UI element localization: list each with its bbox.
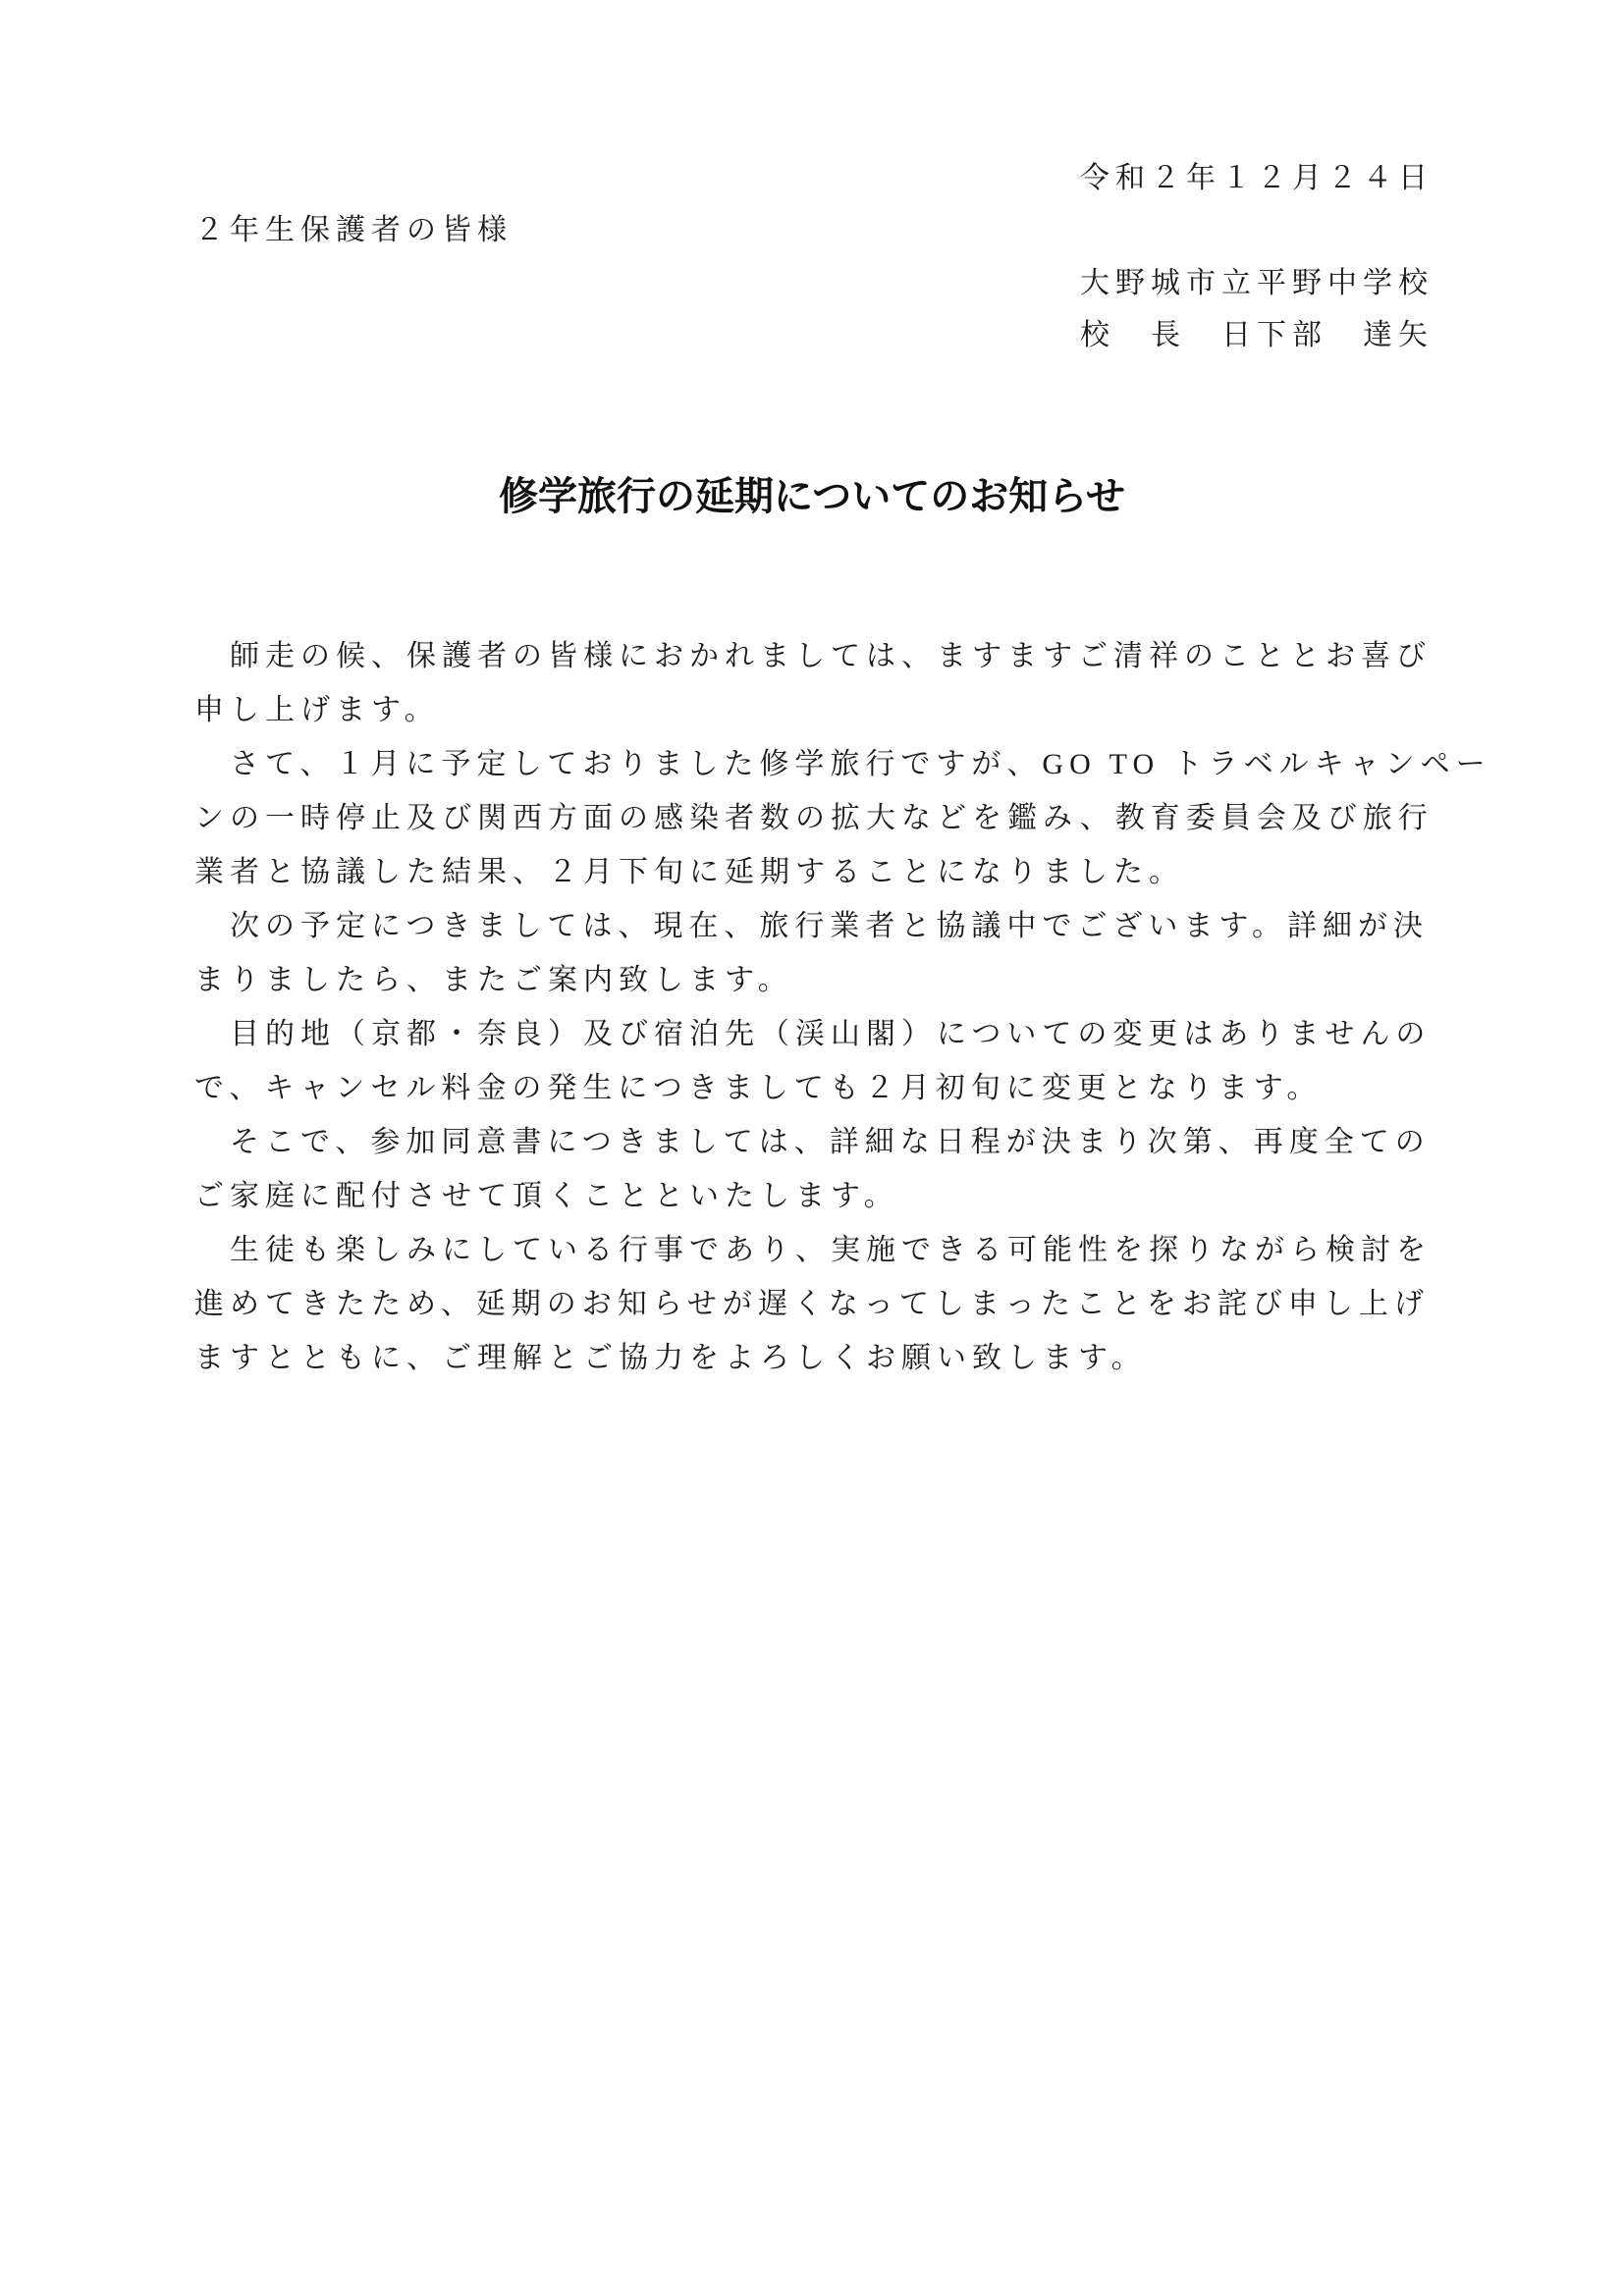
recipient-line: ２年生保護者の皆様: [194, 216, 513, 245]
body-line: そこで、参加同意書につきましては、詳細な日程が決まり次第、再度全ての: [194, 1115, 1471, 1169]
letter-page: 令和２年１２月２４日 ２年生保護者の皆様 大野城市立平野中学校 校 長 日下部 …: [0, 0, 1624, 2296]
body-line: 目的地（京都・奈良）及び宿泊先（渓山閣）についての変更はありませんの: [194, 1007, 1471, 1061]
body-line: 生徒も楽しみにしている行事であり、実施できる可能性を探りながら検討を: [194, 1223, 1471, 1277]
body-line: ご家庭に配付させて頂くことといたします。: [194, 1169, 1471, 1223]
body-line: 師走の候、保護者の皆様におかれましては、ますますご清祥のこととお喜び: [194, 629, 1471, 683]
body-line: で、キャンセル料金の発生につきましても２月初旬に変更となります。: [194, 1061, 1471, 1115]
sender-principal: 校 長 日下部 達矢: [1080, 321, 1434, 350]
body-line: まりましたら、またご案内致します。: [194, 953, 1471, 1007]
body-line: 次の予定につきましては、現在、旅行業者と協議中でございます。詳細が決: [194, 899, 1471, 953]
body-line: ますとともに、ご理解とご協力をよろしくお願い致します。: [194, 1331, 1471, 1385]
body-line: ンの一時停止及び関西方面の感染者数の拡大などを鑑み、教育委員会及び旅行: [194, 791, 1471, 845]
body-text: 師走の候、保護者の皆様におかれましては、ますますご清祥のこととお喜び申し上げます…: [194, 629, 1471, 1385]
body-line: 業者と協議した結果、２月下旬に延期することになりました。: [194, 845, 1471, 899]
letter-date: 令和２年１２月２４日: [1080, 164, 1434, 193]
sender-school: 大野城市立平野中学校: [1080, 269, 1434, 298]
body-line: 申し上げます。: [194, 683, 1471, 737]
page-title: 修学旅行の延期についてのお知らせ: [0, 474, 1624, 519]
body-line: さて、１月に予定しておりました修学旅行ですが、GO TO トラベルキャンペー: [194, 737, 1471, 791]
body-line: 進めてきたため、延期のお知らせが遅くなってしまったことをお詫び申し上げ: [194, 1277, 1471, 1331]
